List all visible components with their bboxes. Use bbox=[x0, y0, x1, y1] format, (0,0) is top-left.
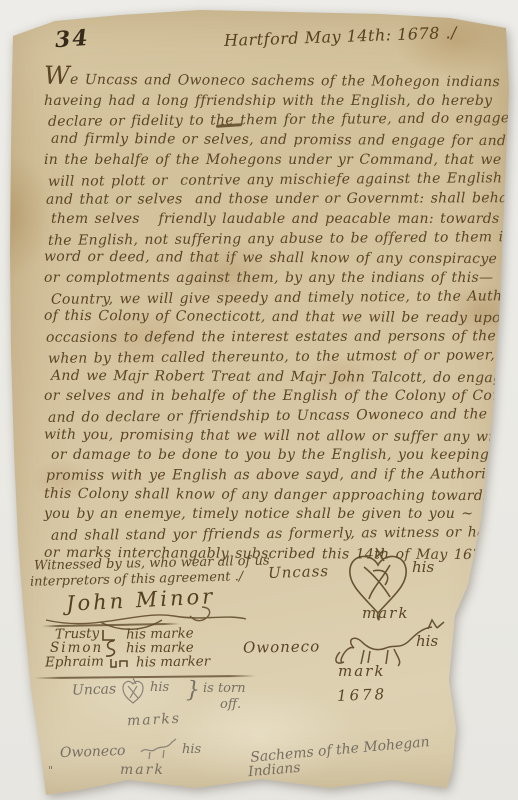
pencil-owoneco-name: Owoneco bbox=[60, 743, 126, 761]
owoneco-name: Owoneco bbox=[243, 637, 320, 656]
body-line: with you, promising that we will not all… bbox=[44, 425, 510, 447]
body-line: And we Majr Robert Treat and Majr John T… bbox=[51, 366, 510, 388]
body-line: and do declare or ffriendship to Uncass … bbox=[48, 405, 510, 428]
year-note: 1678 bbox=[337, 685, 388, 705]
body-line: when by them called thereunto, to the ut… bbox=[48, 346, 510, 369]
pencil-brace: } bbox=[186, 678, 200, 703]
pencil-marks-label: marks bbox=[127, 711, 182, 730]
pencil-uncas-name: Uncas bbox=[72, 681, 117, 699]
body-line: word or deed, and that if we shall know … bbox=[44, 248, 510, 270]
body-line: them selves friendly laudable and peacab… bbox=[51, 210, 510, 230]
pencil-uncas-mark-sketch bbox=[120, 676, 146, 706]
owoneco-his-label: his bbox=[416, 632, 438, 650]
body-line: of this Colony of Conecticott, and that … bbox=[44, 307, 510, 329]
pencil-owoneco-mark-sketch bbox=[138, 736, 180, 762]
pencil-his-label-2: his bbox=[182, 742, 201, 757]
body-line: and firmly binde or selves, and promiss … bbox=[51, 130, 510, 152]
body-line: and shall stand yor ffriends as formerly… bbox=[51, 523, 510, 546]
ephraim-mark-glyph bbox=[108, 656, 130, 670]
body-line: in the behalfe of the Mohegons under yr … bbox=[44, 151, 510, 171]
pencil-mark-label: mark bbox=[120, 762, 165, 778]
body-text: We Uncass and Owoneco sachems of the Moh… bbox=[44, 70, 510, 565]
dateline: Hartford May 14th: 1678 ./ bbox=[224, 23, 458, 50]
page-number: 34 bbox=[54, 25, 90, 53]
ephraim-name: Ephraim bbox=[45, 653, 104, 670]
body-line: or selves and in behalfe of the English … bbox=[44, 387, 510, 407]
body-line: haveing had a long ffriendship with the … bbox=[44, 92, 510, 112]
body-line: promiss with ye English as above sayd, a… bbox=[46, 465, 510, 486]
body-line: you by an enemye, timely notice shall be… bbox=[44, 505, 510, 525]
uncas-his-label: his bbox=[412, 558, 434, 576]
body-line: or complotments against them, by any the… bbox=[44, 269, 510, 289]
manuscript-photo: 34 Hartford May 14th: 1678 ./ We Uncass … bbox=[0, 0, 518, 800]
owoneco-mark-label: mark bbox=[338, 662, 385, 680]
body-line: this Colony shall know of any danger app… bbox=[44, 485, 510, 507]
manuscript-page: 34 Hartford May 14th: 1678 ./ We Uncass … bbox=[0, 0, 518, 800]
pencil-caption-line2: Indians bbox=[247, 760, 301, 781]
pencil-his-label-1: his bbox=[150, 680, 169, 695]
ditto-mark: " bbox=[48, 764, 53, 777]
body-line: occasions to defend the interest estates… bbox=[46, 327, 510, 348]
pencil-torn-note-line2: off. bbox=[220, 697, 241, 712]
body-line: or damage to be done to you by the Engli… bbox=[51, 446, 510, 466]
pencil-torn-note-line1: is torn bbox=[203, 681, 246, 696]
ephraim-mark-label: his marker bbox=[136, 653, 210, 670]
body-line: and that or selves and those under or Go… bbox=[46, 189, 510, 210]
body-line: We Uncass and Owoneco sachems of the Moh… bbox=[44, 69, 510, 93]
uncas-name: Uncass bbox=[268, 562, 330, 582]
